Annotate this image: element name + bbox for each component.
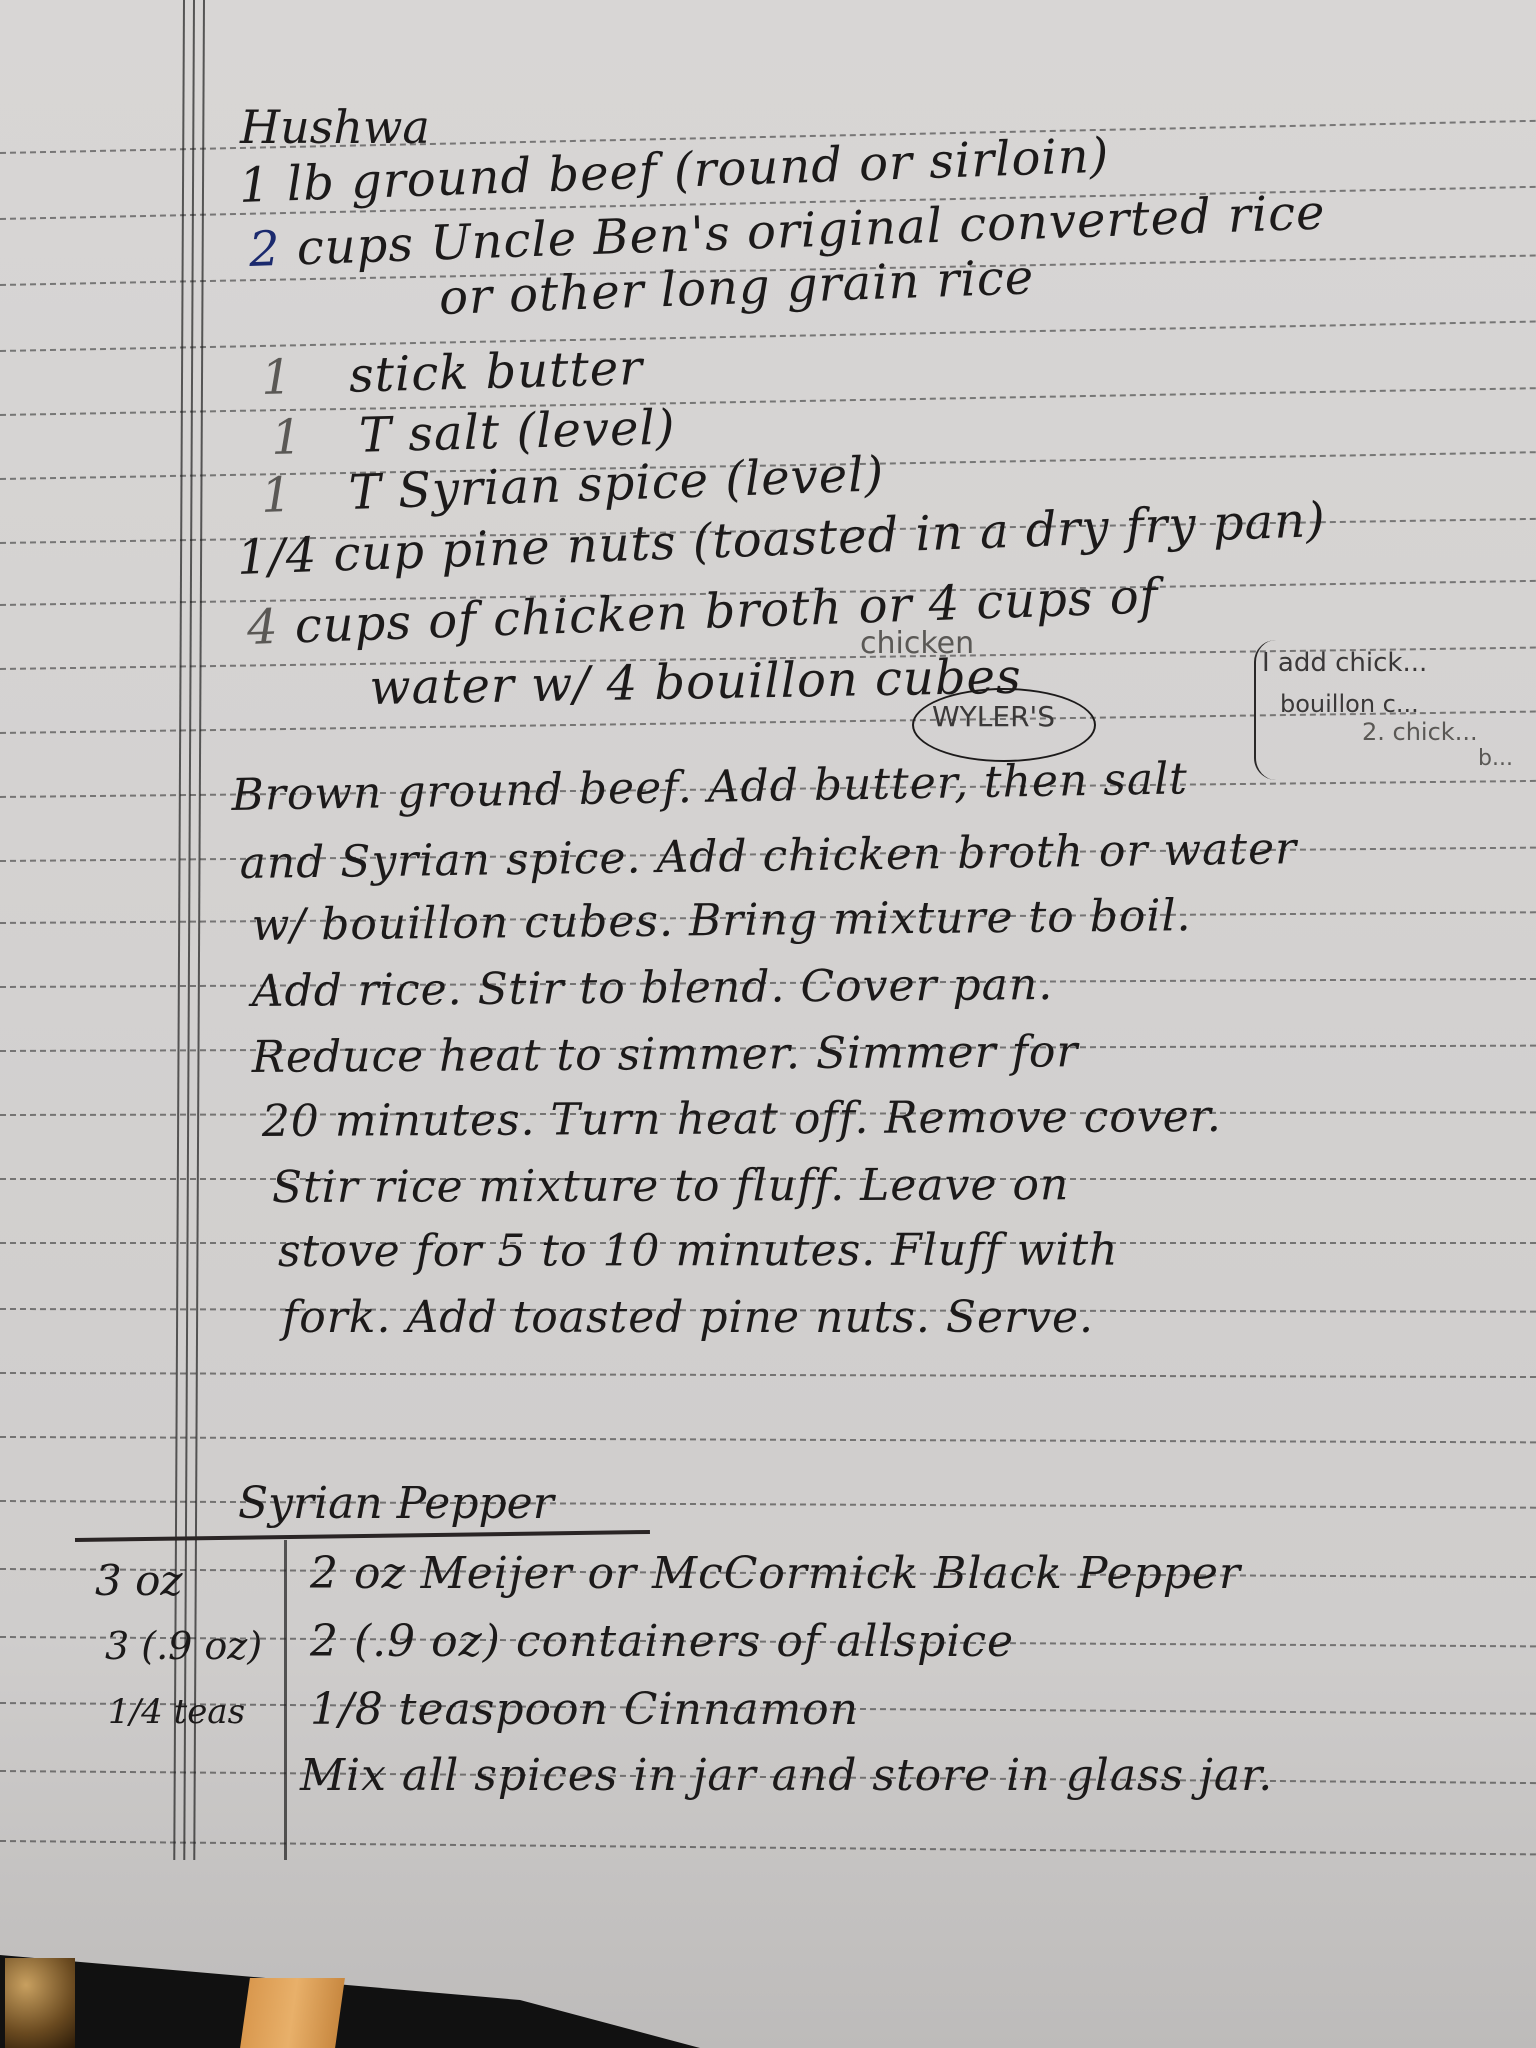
margin-quantity: 1/4 teas bbox=[108, 1692, 245, 1732]
direction-line: 20 minutes. Turn heat off. Remove cover. bbox=[262, 1091, 1222, 1147]
ruled-line bbox=[0, 1840, 1536, 1855]
ingredient-qty: 1 bbox=[260, 467, 293, 524]
recipe-title: Hushwa bbox=[240, 100, 430, 154]
spice-line: Mix all spices in jar and store in glass… bbox=[300, 1750, 1273, 1801]
direction-line: Stir rice mixture to fluff. Leave on bbox=[272, 1159, 1070, 1213]
annotation-wylers: WYLER'S bbox=[932, 700, 1055, 733]
ingredient-text: stick butter bbox=[348, 340, 643, 404]
spice-line: 1/8 teaspoon Cinnamon bbox=[310, 1684, 859, 1735]
direction-line: fork. Add toasted pine nuts. Serve. bbox=[282, 1292, 1094, 1343]
ruled-line bbox=[0, 321, 1536, 352]
ingredient-qty: 2 bbox=[248, 221, 281, 278]
margin-line bbox=[183, 0, 195, 1860]
title-underline bbox=[75, 1530, 650, 1542]
spice-recipe-title: Syrian Pepper bbox=[238, 1478, 554, 1529]
ingredient-text: T salt (level) bbox=[358, 399, 676, 463]
ingredient-line: 4 cups of chicken broth or 4 cups of bbox=[246, 568, 1159, 656]
ruled-line bbox=[0, 1500, 1536, 1509]
direction-line: stove for 5 to 10 minutes. Fluff with bbox=[278, 1225, 1119, 1277]
margin-note: 2. chick... bbox=[1362, 718, 1478, 746]
ingredient-qty: 4 bbox=[246, 599, 279, 656]
margin-quantity: 3 (.9 oz) bbox=[105, 1624, 262, 1668]
spice-line: 2 (.9 oz) containers of allspice bbox=[310, 1616, 1014, 1667]
margin-note: I add chick... bbox=[1262, 648, 1427, 678]
notebook-page: Hushwa 1 lb ground beef (round or sirloi… bbox=[0, 0, 1536, 2048]
spice-line: 2 oz Meijer or McCormick Black Pepper bbox=[310, 1548, 1241, 1599]
ingredient-line: 1 stick butter bbox=[261, 340, 644, 406]
direction-line: Brown ground beef. Add butter, then salt bbox=[231, 753, 1188, 821]
margin-quantity: 3 oz bbox=[95, 1556, 183, 1605]
ingredient-text: cups of chicken broth or 4 cups of bbox=[294, 568, 1159, 654]
direction-line: w/ bouillon cubes. Bring mixture to boil… bbox=[251, 890, 1191, 951]
margin-note: bouillon c... bbox=[1280, 690, 1419, 718]
margin-note: b... bbox=[1478, 746, 1513, 771]
decorative-object bbox=[5, 1958, 75, 2048]
direction-line: and Syrian spice. Add chicken broth or w… bbox=[239, 823, 1297, 889]
ingredient-qty: 1 bbox=[238, 157, 271, 214]
ingredient-qty: 1/4 bbox=[236, 527, 318, 586]
quantity-column-divider bbox=[284, 1540, 287, 1860]
direction-line: Reduce heat to simmer. Simmer for bbox=[252, 1026, 1079, 1083]
ruled-line bbox=[0, 1372, 1536, 1378]
wood-edge bbox=[240, 1978, 345, 2048]
ingredient-qty: 1 bbox=[271, 409, 304, 466]
ruled-line bbox=[0, 1436, 1536, 1443]
margin-line bbox=[193, 0, 205, 1860]
direction-line: Add rice. Stir to blend. Cover pan. bbox=[252, 959, 1054, 1017]
ingredient-qty: 1 bbox=[261, 349, 294, 406]
ruled-line bbox=[0, 387, 1536, 416]
annotation-chicken: chicken bbox=[860, 626, 974, 661]
